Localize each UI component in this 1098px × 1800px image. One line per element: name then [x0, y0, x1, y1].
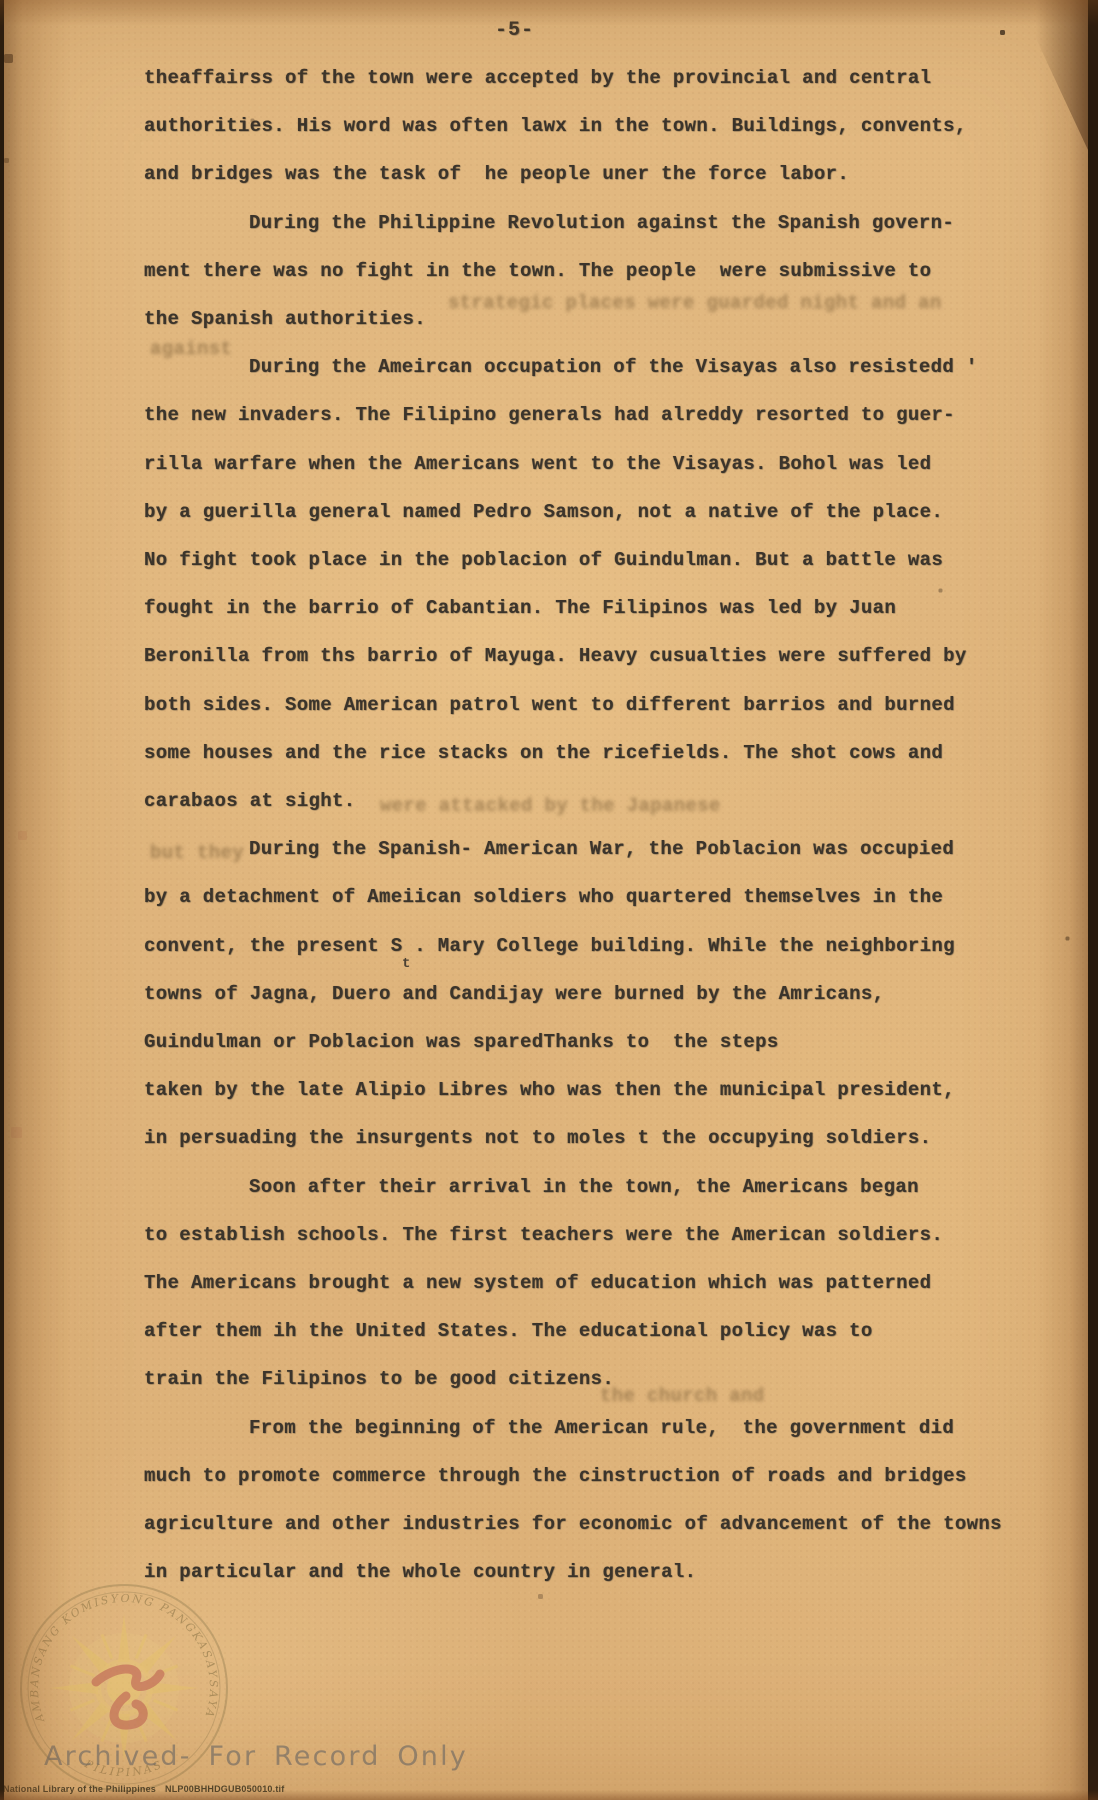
text-line: and bridges was the task of he people un… [144, 150, 1024, 198]
scanned-document-page: -5- strategic places were guarded night … [0, 0, 1098, 1800]
text-line: by a detachment of Ameiican soldiers who… [144, 873, 1024, 921]
scan-filename: NLP00BHHDGUB050010.tif [165, 1784, 284, 1794]
text-line: train the Filipinos to be good citizens. [144, 1355, 1024, 1403]
text-line: During the Philippine Revolution against… [249, 199, 1024, 247]
text-line: to establish schools. The first teachers… [144, 1211, 1024, 1259]
text-line: after them ih the United States. The edu… [144, 1307, 1024, 1355]
text-line: No fight took place in the poblacion of … [144, 536, 1024, 584]
watermark-text: Archived- For Record Only [44, 1741, 468, 1772]
text-line: the Spanish authorities. [144, 295, 1024, 343]
text-line: carabaos at sight. [144, 777, 1024, 825]
text-line: The Americans brought a new system of ed… [144, 1259, 1024, 1307]
text-line: some houses and the rice stacks on the r… [144, 729, 1024, 777]
typewritten-text-block: theaffairss of the town were accepted by… [144, 54, 1024, 1597]
text-line: in particular and the whole country in g… [144, 1548, 1024, 1596]
text-line: From the beginning of the American rule,… [249, 1404, 1024, 1452]
text-line: in persuading the insurgents not to mole… [144, 1114, 1024, 1162]
text-line: taken by the late Alipio Libres who was … [144, 1066, 1024, 1114]
text-line: rilla warfare when the Americans went to… [144, 440, 1024, 488]
typed-subscript-correction: t [402, 956, 410, 972]
text-line: convent, the present S . Mary College bu… [144, 922, 1024, 970]
text-line: the new invaders. The Filipino generals … [144, 391, 1024, 439]
text-line: Beronilla from ths barrio of Mayuga. Hea… [144, 632, 1024, 680]
text-line: ment there was no fight in the town. The… [144, 247, 1024, 295]
text-line: theaffairss of the town were accepted by… [144, 54, 1024, 102]
text-line: Soon after their arrival in the town, th… [249, 1163, 1024, 1211]
text-line: agriculture and other industries for eco… [144, 1500, 1024, 1548]
text-line: During the Ameircan occupation of the Vi… [249, 343, 1024, 391]
scan-footer: National Library of the Philippines NLP0… [3, 1784, 156, 1794]
text-line: towns of Jagna, Duero and Candijay were … [144, 970, 1024, 1018]
library-caption: National Library of the Philippines [3, 1784, 156, 1794]
text-line: fought in the barrio of Cabantian. The F… [144, 584, 1024, 632]
text-line: much to promote commerce through the cin… [144, 1452, 1024, 1500]
text-line: Guindulman or Poblacion was sparedThanks… [144, 1018, 1024, 1066]
page-number: -5- [495, 19, 534, 42]
sun-icon [50, 1614, 198, 1762]
text-line: by a guerilla general named Pedro Samson… [144, 488, 1024, 536]
text-line: During the Spanish- American War, the Po… [249, 825, 1024, 873]
text-line: authorities. His word was often lawx in … [144, 102, 1024, 150]
text-line: both sides. Some American patrol went to… [144, 681, 1024, 729]
